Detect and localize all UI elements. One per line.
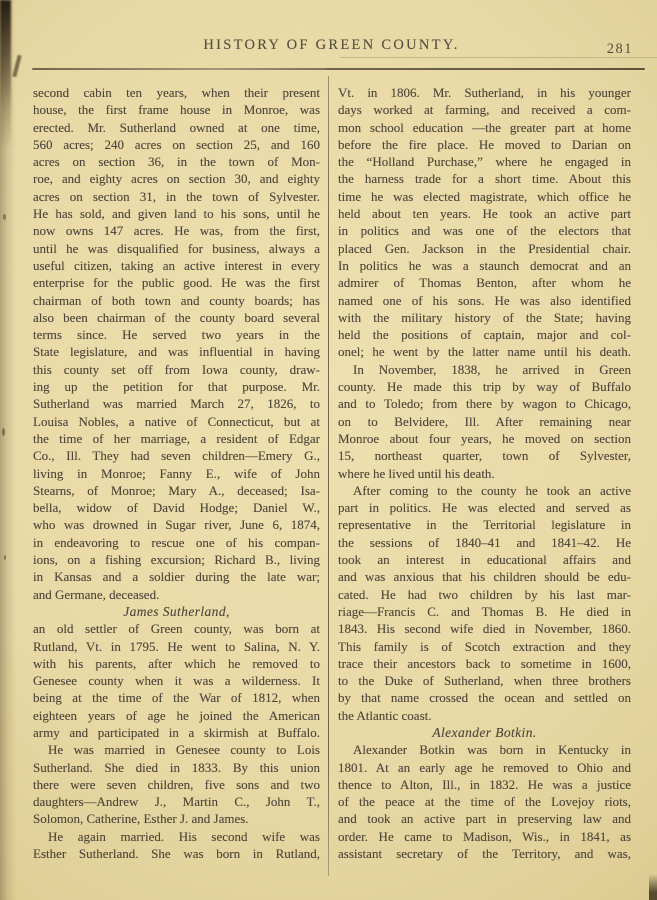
- text-line: eighteen years of age he joined the Amer…: [33, 707, 320, 724]
- text-line: mon school education —the greater part a…: [338, 119, 631, 136]
- text-line: Solomon, Catherine, Esther J. and James.: [33, 810, 320, 827]
- text-line: He has sold, and given land to his sons,…: [33, 205, 320, 222]
- text-line: In politics he was a staunch democrat an…: [338, 257, 631, 274]
- text-line: with the military history of the State; …: [338, 309, 631, 326]
- section-heading: Alexander Botkin.: [338, 724, 631, 741]
- text-line: there were seven children, five sons and…: [33, 776, 320, 793]
- text-line: 1801. At an early age he removed to Ohio…: [338, 759, 631, 776]
- text-line: useful citizen, taking an active interes…: [33, 257, 320, 274]
- text-line: enterprise for the public good. He was t…: [33, 274, 320, 291]
- text-line: onel; he went by the latter name until h…: [338, 343, 631, 360]
- text-line: in politics and was one of the electors …: [338, 222, 631, 239]
- text-line: named one of his sons. He was also ident…: [338, 292, 631, 309]
- text-line: in Kansas and a soldier during the late …: [33, 568, 320, 585]
- text-line: ing up the petition for that purpose. Mr…: [33, 378, 320, 395]
- text-line: placed Gen. Jackson in the Presidential …: [338, 240, 631, 257]
- text-line: Alexander Botkin was born in Kentucky in: [338, 741, 631, 758]
- text-line: 15, northeast quarter, town of Sylvester…: [338, 447, 631, 464]
- text-line: He was married in Genesee county to Lois: [33, 741, 320, 758]
- text-line: the Atlantic coast.: [338, 707, 631, 724]
- left-column: second cabin ten years, when their prese…: [33, 84, 320, 862]
- text-line: terms since. He served two years in the: [33, 326, 320, 343]
- text-line: this county set off from Iowa county, dr…: [33, 361, 320, 378]
- text-line: Stearns, of Monroe; Mary A., deceased; I…: [33, 482, 320, 499]
- text-line: where he lived until his death.: [338, 465, 631, 482]
- text-line: and Germane, deceased.: [33, 586, 320, 603]
- text-line: held about ten years. He took an active …: [338, 205, 631, 222]
- scanned-book-page: HISTORY OF GREEN COUNTY. 281 second cabi…: [0, 0, 657, 900]
- text-line: time he was elected magistrate, which of…: [338, 188, 631, 205]
- text-line: Esther Sutherland. She was born in Rutla…: [33, 845, 320, 862]
- text-line: days worked at farming, and received a c…: [338, 101, 631, 118]
- text-line: house, the first frame house in Monroe, …: [33, 101, 320, 118]
- text-line: roe, and eighty acres on section 30, and…: [33, 170, 320, 187]
- section-heading: James Sutherland,: [33, 603, 320, 620]
- text-line: also been chairman of the county board s…: [33, 309, 320, 326]
- text-line: Co., Ill. They had seven children—Emery …: [33, 447, 320, 464]
- page-corner-shadow: [649, 874, 657, 900]
- text-line: erected. Mr. Sutherland owned at one tim…: [33, 119, 320, 136]
- text-line: order. He came to Madison, Wis., in 1841…: [338, 828, 631, 845]
- text-line: and was anxious that his children should…: [338, 568, 631, 585]
- text-line: trace their ancestors back to sometime i…: [338, 655, 631, 672]
- text-line: chairman of both town and county boards;…: [33, 292, 320, 309]
- text-line: county. He made this trip by way of Buff…: [338, 378, 631, 395]
- text-line: army and participated in a skirmish at B…: [33, 724, 320, 741]
- page-edge-speck: [2, 428, 5, 436]
- text-line: the time of her marriage, a resident of …: [33, 430, 320, 447]
- text-line: This family is of Scotch extraction and …: [338, 638, 631, 655]
- text-line: living in Monroe; Fanny E., wife of John: [33, 465, 320, 482]
- text-line: acres on section 31, in the town of Sylv…: [33, 188, 320, 205]
- text-line: Genesee county when it was a wilderness.…: [33, 672, 320, 689]
- text-line: Louisa Nobles, a native of Connecticut, …: [33, 413, 320, 430]
- right-column: Vt. in 1806. Mr. Sutherland, in his youn…: [338, 84, 631, 862]
- text-line: State legislature, and was influential i…: [33, 343, 320, 360]
- text-line: daughters—Andrew J., Martin C., John T.,: [33, 793, 320, 810]
- running-title: HISTORY OF GREEN COUNTY.: [33, 37, 630, 54]
- text-line: with his parents, after which he removed…: [33, 655, 320, 672]
- text-line: Rutland, Vt. in 1795. He went to Salina,…: [33, 638, 320, 655]
- page-edge-speck: [4, 555, 6, 560]
- text-line: thence to Alton, Ill., in 1832. He was a…: [338, 776, 631, 793]
- text-line: Sutherland. She died in 1833. By this un…: [33, 759, 320, 776]
- text-line: After coming to the county he took an ac…: [338, 482, 631, 499]
- text-line: second cabin ten years, when their prese…: [33, 84, 320, 101]
- text-line: Sutherland was married March 27, 1826, t…: [33, 395, 320, 412]
- text-line: riage—Francis C. and Thomas B. He died i…: [338, 603, 631, 620]
- text-line: admirer of Thomas Benton, after whom he: [338, 274, 631, 291]
- text-line: representative in the Territorial legisl…: [338, 516, 631, 533]
- text-line: cated. He had two children by his last m…: [338, 586, 631, 603]
- text-line: the sessions of 1840–41 and 1841–42. He: [338, 534, 631, 551]
- text-line: acres on section 36, in the town of Mon-: [33, 153, 320, 170]
- text-line: the “Holland Purchase,” where he engaged…: [338, 153, 631, 170]
- text-line: who was drowned in Sugar river, June 6, …: [33, 516, 320, 533]
- header-rule: [32, 68, 645, 70]
- text-line: held the positions of captain, major and…: [338, 326, 631, 343]
- text-line: an old settler of Green county, was born…: [33, 620, 320, 637]
- text-line: and to Toledo; from there by wagon to Ch…: [338, 395, 631, 412]
- column-divider: [328, 76, 329, 876]
- text-line: and took an active part in preserving la…: [338, 810, 631, 827]
- page-edge-speck: [3, 214, 6, 220]
- page-number: 281: [607, 41, 633, 58]
- header-rule-ghost: [340, 57, 657, 58]
- text-line: now owns 147 acres. He was, from the fir…: [33, 222, 320, 239]
- text-line: He again married. His second wife was: [33, 828, 320, 845]
- text-line: bella, widow of David Hodge; Daniel W.,: [33, 499, 320, 516]
- text-line: to the Duke of Sutherland, when three br…: [338, 672, 631, 689]
- text-line: In November, 1838, he arrived in Green: [338, 361, 631, 378]
- text-line: assistant secretary of the Territory, an…: [338, 845, 631, 862]
- text-line: 560 acres; 240 acres on section 25, and …: [33, 136, 320, 153]
- text-line: part in politics. He was elected and ser…: [338, 499, 631, 516]
- text-line: being at the time of the War of 1812, wh…: [33, 689, 320, 706]
- text-line: the harness trade for a short time. Abou…: [338, 170, 631, 187]
- text-line: before the fire place. He moved to Daria…: [338, 136, 631, 153]
- text-line: took an interest in educational affairs …: [338, 551, 631, 568]
- text-line: until he was disqualified for business, …: [33, 240, 320, 257]
- text-line: in endeavoring to rescue one of his comp…: [33, 534, 320, 551]
- text-line: of the peace at the time of the Lovejoy …: [338, 793, 631, 810]
- book-gutter-dark-edge: [0, 0, 11, 150]
- page-edge-mark: [12, 55, 21, 77]
- text-line: ions, on a fishing excursion; Richard B.…: [33, 551, 320, 568]
- text-line: Vt. in 1806. Mr. Sutherland, in his youn…: [338, 84, 631, 101]
- text-line: Monroe about four years, he moved on sec…: [338, 430, 631, 447]
- text-line: 1843. His second wife died in November, …: [338, 620, 631, 637]
- text-line: on to Belvidere, Ill. After remaining ne…: [338, 413, 631, 430]
- text-line: by that name crossed the ocean and settl…: [338, 689, 631, 706]
